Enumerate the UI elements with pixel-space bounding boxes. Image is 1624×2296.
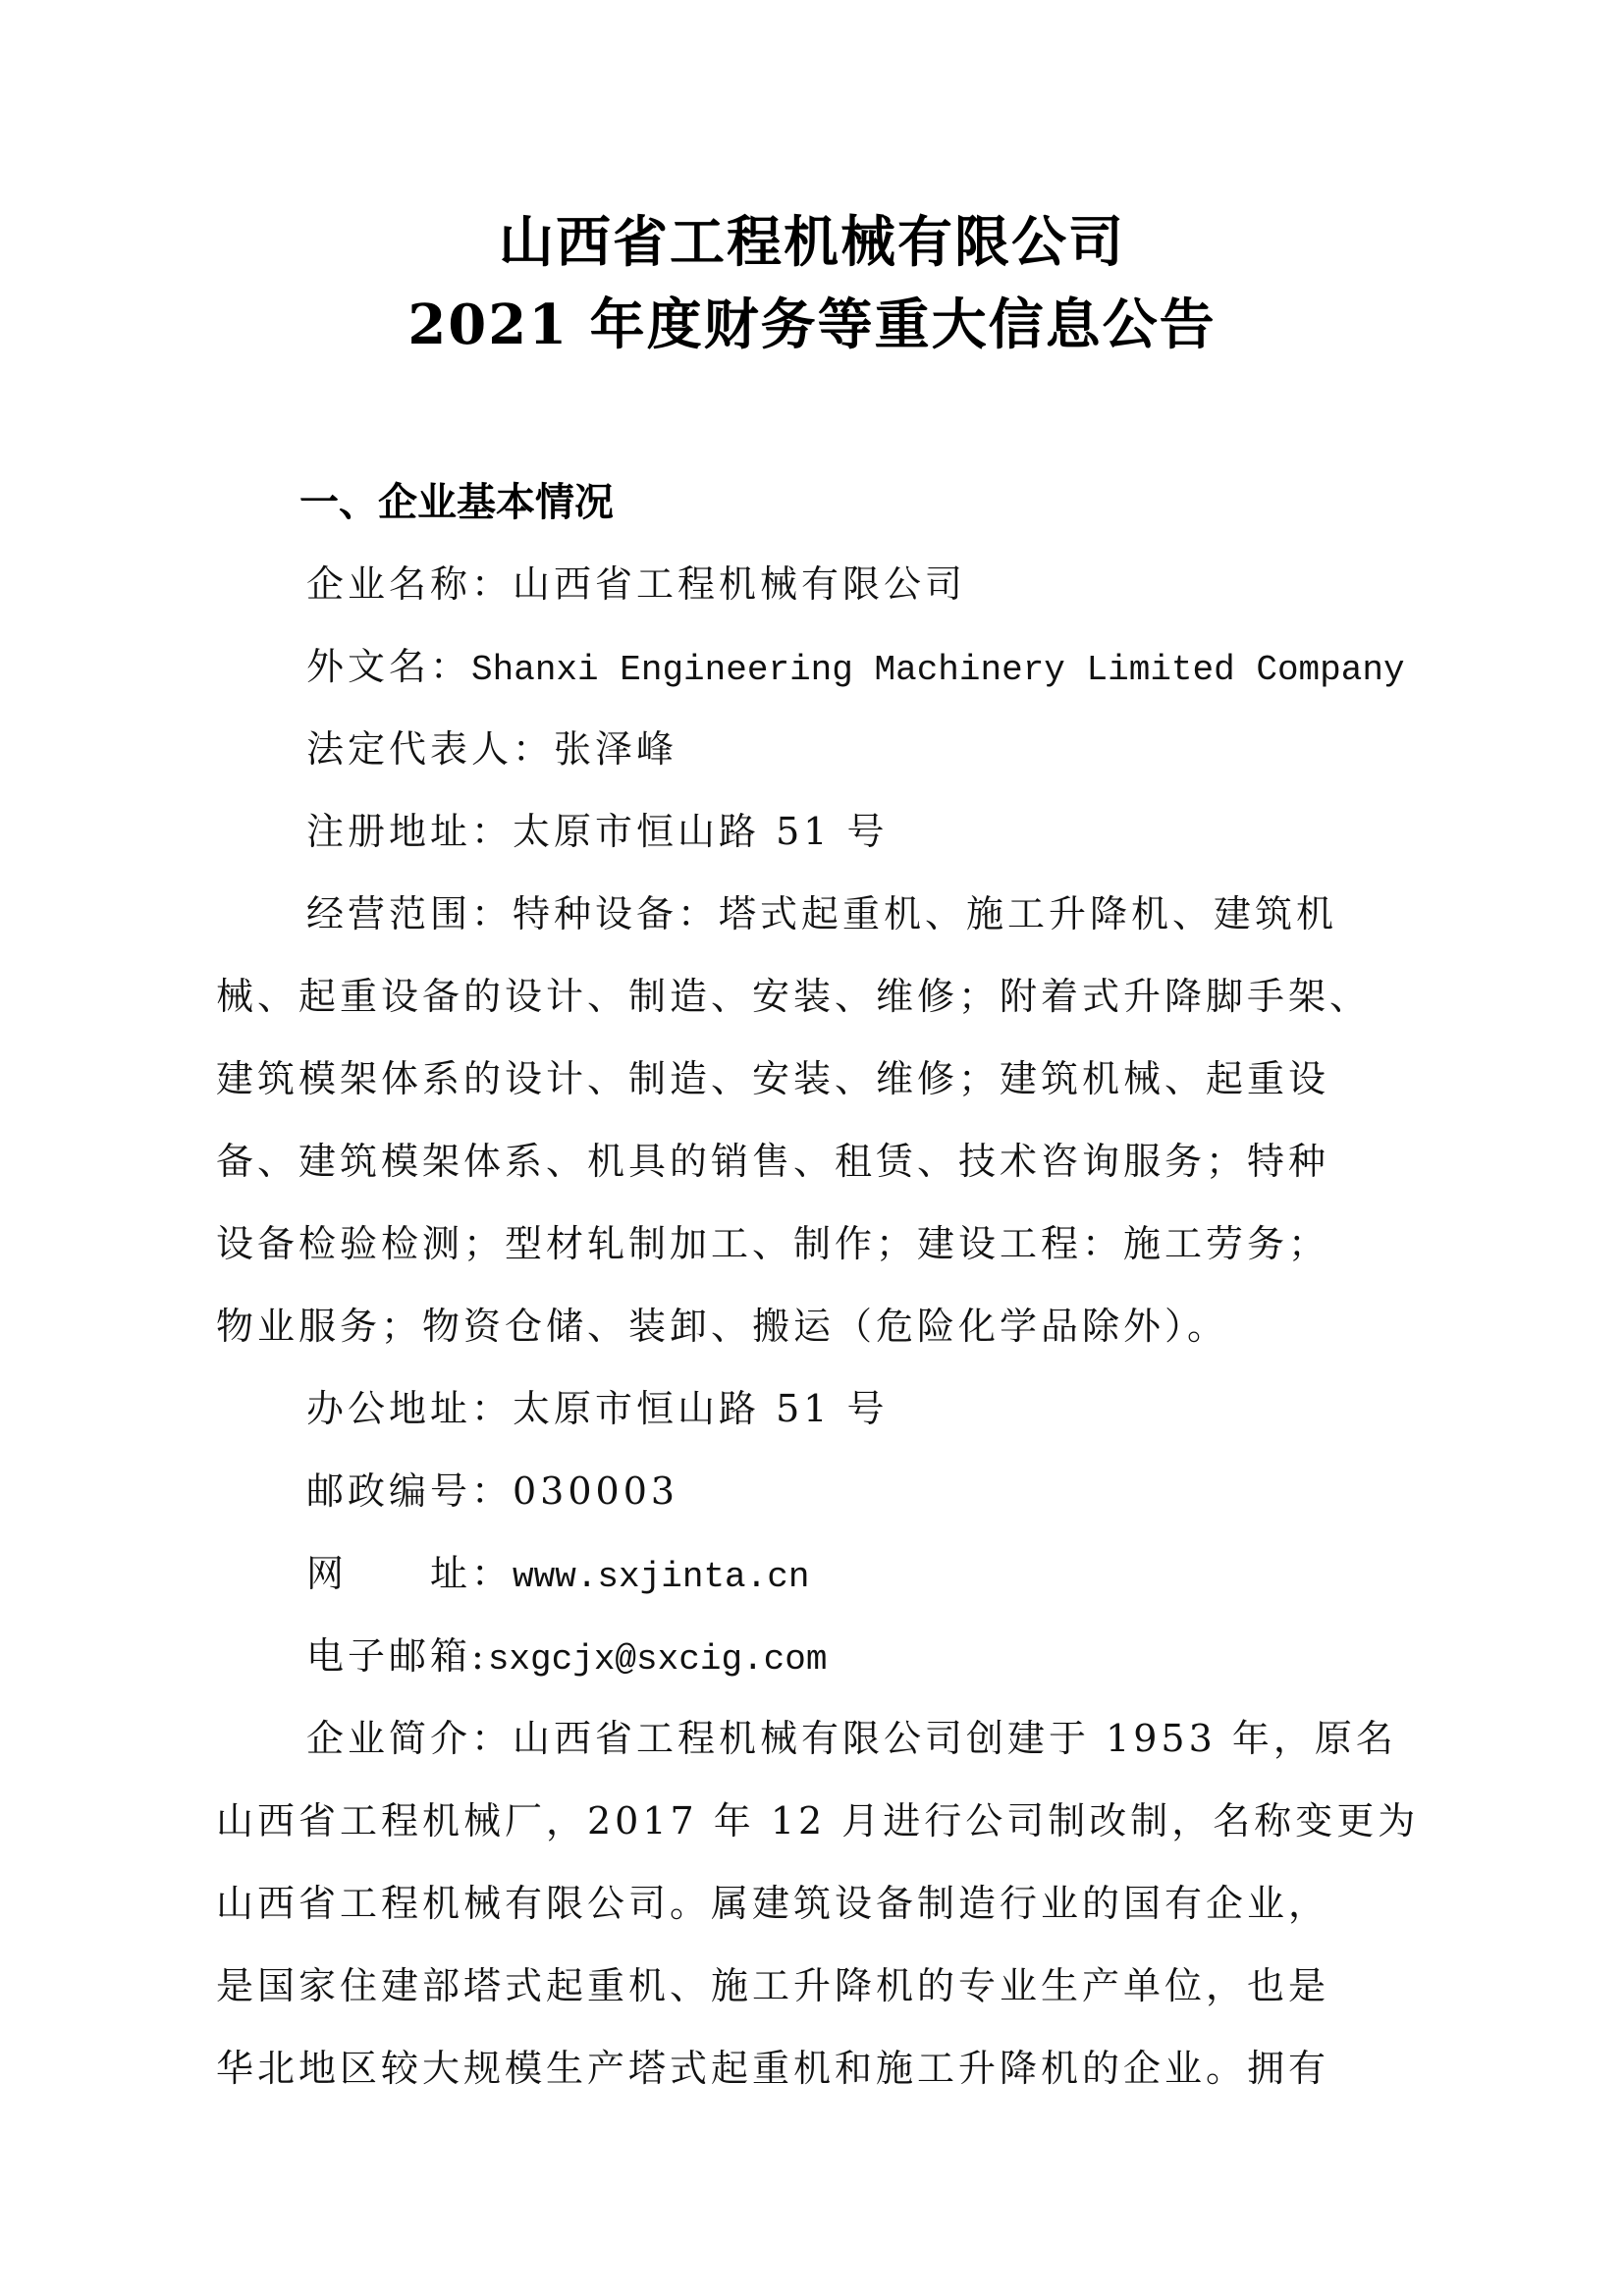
legal-representative: 法定代表人：张泽峰 (306, 721, 677, 776)
email: 电子邮箱:sxgcjx@sxcig.com (306, 1629, 827, 1687)
company-profile-line: 山西省工程机械厂，2017 年 12 月进行公司制改制，名称变更为 (216, 1793, 1419, 1848)
business-scope-line: 物业服务；物资仓储、装卸、搬运（危险化学品除外）。 (216, 1299, 1228, 1354)
document-title-line-2: 2021 年度财务等重大信息公告 (0, 291, 1624, 359)
website: 网 址：www.sxjinta.cn (306, 1546, 809, 1605)
company-profile-line: 华北地区较大规模生产塔式起重机和施工升降机的企业。拥有 (216, 2041, 1329, 2096)
company-profile-line: 山西省工程机械有限公司。属建筑设备制造行业的国有企业， (216, 1876, 1329, 1931)
business-scope-line: 械、起重设备的设计、制造、安装、维修；附着式升降脚手架、 (216, 969, 1371, 1024)
postal-code: 邮政编号：030003 (306, 1464, 678, 1519)
website-link[interactable]: www.sxjinta.cn (513, 1557, 809, 1597)
foreign-name: 外文名：Shanxi Engineering Machinery Limited… (306, 639, 1405, 698)
business-scope-line: 备、建筑模架体系、机具的销售、租赁、技术咨询服务；特种 (216, 1134, 1329, 1189)
business-scope-line: 设备检验检测；型材轧制加工、制作；建设工程：施工劳务； (216, 1216, 1329, 1271)
email-link[interactable]: sxgcjx@sxcig.com (488, 1639, 828, 1680)
business-scope-line: 建筑模架体系的设计、制造、安装、维修；建筑机械、起重设 (216, 1051, 1329, 1106)
company-name: 企业名称：山西省工程机械有限公司 (306, 557, 966, 612)
company-profile-line: 是国家住建部塔式起重机、施工升降机的专业生产单位，也是 (216, 1958, 1329, 2013)
website-label: 网 址： (306, 1552, 513, 1595)
email-label: 电子邮箱: (306, 1634, 488, 1678)
registered-address: 注册地址：太原市恒山路 51 号 (306, 804, 889, 859)
foreign-name-value: Shanxi Engineering Machinery Limited Com… (471, 650, 1405, 690)
document-page: 山西省工程机械有限公司 2021 年度财务等重大信息公告 一、企业基本情况 企业… (0, 0, 1624, 2296)
business-scope-line: 经营范围：特种设备：塔式起重机、施工升降机、建筑机 (306, 886, 1337, 941)
company-profile-line: 企业简介：山西省工程机械有限公司创建于 1953 年，原名 (306, 1711, 1397, 1766)
section-heading-basic-info: 一、企业基本情况 (299, 475, 614, 530)
office-address: 办公地址：太原市恒山路 51 号 (306, 1381, 889, 1436)
foreign-name-label: 外文名： (306, 645, 471, 688)
document-title-line-1: 山西省工程机械有限公司 (0, 208, 1624, 277)
